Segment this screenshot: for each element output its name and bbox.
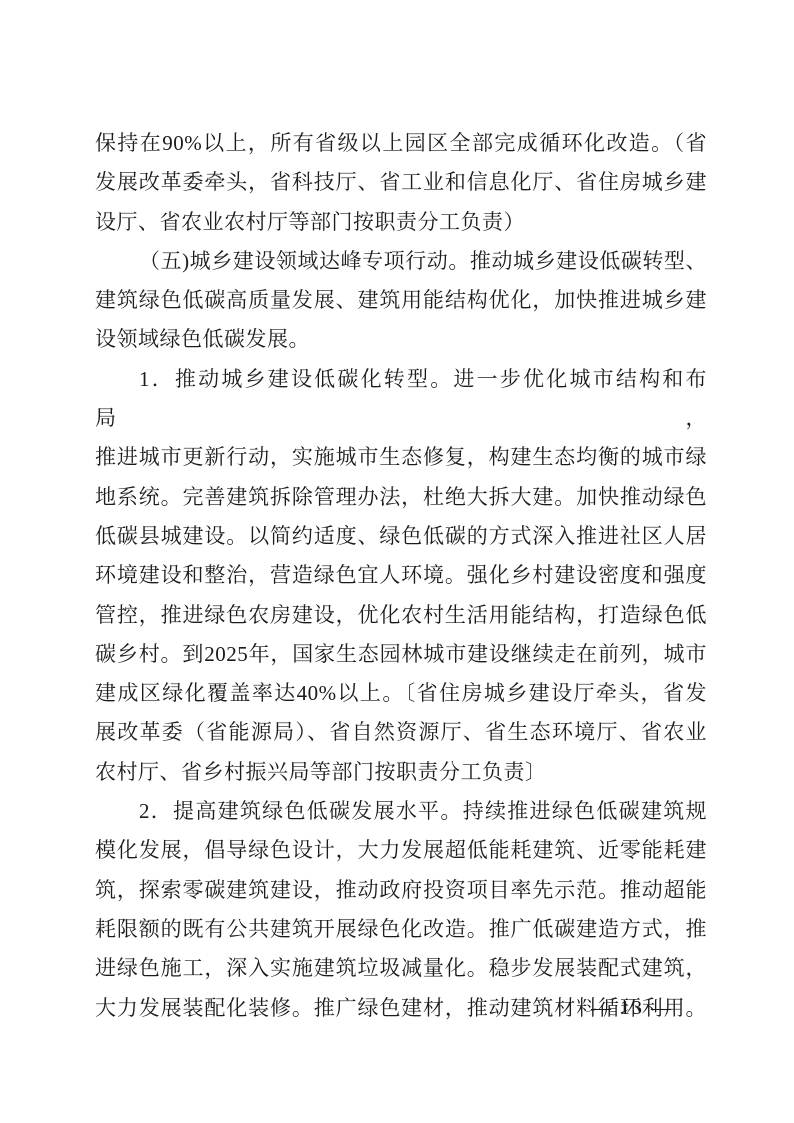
text-line: 发展改革委牵头，省科技厅、省工业和信息化厅、省住房城乡建 bbox=[95, 163, 707, 202]
text-line: 耗限额的既有公共建筑开展绿色化改造。推广低碳建造方式，推 bbox=[95, 910, 707, 949]
text-line: 建筑绿色低碳高质量发展、建筑用能结构优化，加快推进城乡建 bbox=[95, 281, 707, 320]
text-line: 保持在90%以上，所有省级以上园区全部完成循环化改造。（省 bbox=[95, 124, 707, 163]
text-line: 模化发展，倡导绿色设计，大力发展超低能耗建筑、近零能耗建 bbox=[95, 831, 707, 870]
page-number: — 13 — bbox=[591, 997, 673, 1020]
text-line: 1．推动城乡建设低碳化转型。进一步优化城市结构和布局， bbox=[95, 360, 707, 439]
text-line: 推进城市更新行动，实施城市生态修复，构建生态均衡的城市绿 bbox=[95, 438, 707, 477]
text-line: 建成区绿化覆盖率达40%以上。〔省住房城乡建设厅牵头，省发 bbox=[95, 674, 707, 713]
text-line: 设厅、省农业农村厅等部门按职责分工负责） bbox=[95, 203, 707, 242]
text-line: 管控，推进绿色农房建设，优化农村生活用能结构，打造绿色低 bbox=[95, 596, 707, 635]
text-line: 低碳县城建设。以简约适度、绿色低碳的方式深入推进社区人居 bbox=[95, 517, 707, 556]
text-line: 碳乡村。到2025年，国家生态园林城市建设继续走在前列，城市 bbox=[95, 635, 707, 674]
document-body-text: 保持在90%以上，所有省级以上园区全部完成循环化改造。（省发展改革委牵头，省科技… bbox=[95, 124, 707, 1028]
text-line: 农村厅、省乡村振兴局等部门按职责分工负责〕 bbox=[95, 753, 707, 792]
document-page: 保持在90%以上，所有省级以上园区全部完成循环化改造。（省发展改革委牵头，省科技… bbox=[0, 0, 794, 1123]
text-line: 环境建设和整治，营造绿色宜人环境。强化乡村建设密度和强度 bbox=[95, 556, 707, 595]
text-line: 筑，探索零碳建筑建设，推动政府投资项目率先示范。推动超能 bbox=[95, 871, 707, 910]
text-line: 地系统。完善建筑拆除管理办法，杜绝大拆大建。加快推动绿色 bbox=[95, 478, 707, 517]
text-line: 2．提高建筑绿色低碳发展水平。持续推进绿色低碳建筑规 bbox=[95, 792, 707, 831]
text-line: 设领域绿色低碳发展。 bbox=[95, 320, 707, 359]
text-line: 进绿色施工，深入实施建筑垃圾减量化。稳步发展装配式建筑， bbox=[95, 949, 707, 988]
text-line: 展改革委（省能源局）、省自然资源厅、省生态环境厅、省农业 bbox=[95, 713, 707, 752]
text-line: （五)城乡建设领域达峰专项行动。推动城乡建设低碳转型、 bbox=[95, 242, 707, 281]
